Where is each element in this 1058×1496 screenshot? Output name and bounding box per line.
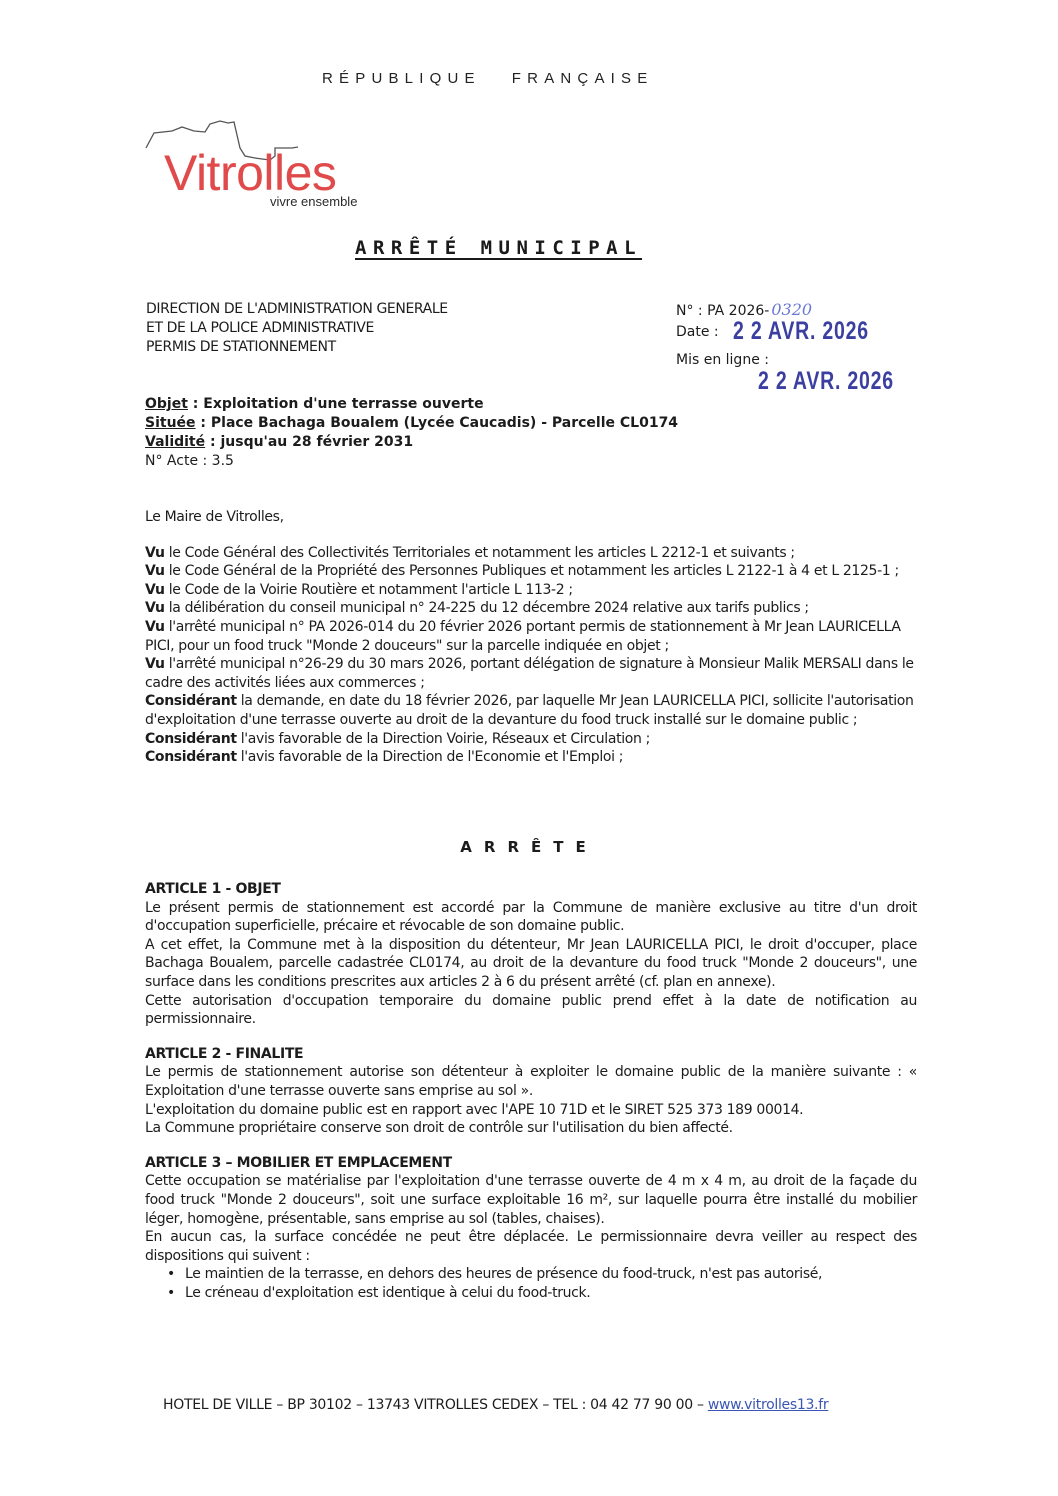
republique-francaise-header: RÉPUBLIQUE FRANÇAISE bbox=[322, 70, 653, 87]
articles: ARTICLE 1 - OBJETLe présent permis de st… bbox=[145, 880, 917, 1318]
date-stamp-value: 2 2 AVR. 2026 bbox=[733, 317, 869, 346]
direction-block: DIRECTION DE L'ADMINISTRATION GENERALE E… bbox=[146, 300, 448, 357]
validite-value: : jusqu'au 28 février 2031 bbox=[205, 434, 413, 450]
validite-label: Validité bbox=[145, 434, 205, 450]
preamble-item: Considérant l'avis favorable de la Direc… bbox=[145, 730, 917, 749]
article-paragraph: En aucun cas, la surface concédée ne peu… bbox=[145, 1228, 917, 1265]
situee-value: : Place Bachaga Boualem (Lycée Caucadis)… bbox=[196, 415, 679, 431]
article-1: ARTICLE 1 - OBJETLe présent permis de st… bbox=[145, 880, 917, 1029]
situee-label: Située bbox=[145, 415, 196, 431]
preamble-text: l'avis favorable de la Direction de l'Ec… bbox=[237, 749, 623, 765]
subject-validite: Validité : jusqu'au 28 février 2031 bbox=[145, 433, 678, 452]
objet-label: Objet bbox=[145, 396, 188, 412]
article-bullet-list: Le maintien de la terrasse, en dehors de… bbox=[145, 1265, 917, 1302]
preamble-text: la délibération du conseil municipal n° … bbox=[165, 600, 809, 616]
preamble-lead: Considérant bbox=[145, 731, 237, 747]
preamble-text: le Code Général des Collectivités Territ… bbox=[165, 545, 795, 561]
online-label: Mis en ligne : bbox=[676, 352, 769, 368]
article-2: ARTICLE 2 - FINALITELe permis de station… bbox=[145, 1045, 917, 1138]
direction-line: DIRECTION DE L'ADMINISTRATION GENERALE bbox=[146, 300, 448, 319]
article-bullet: Le créneau d'exploitation est identique … bbox=[167, 1284, 917, 1303]
preamble-lead: Considérant bbox=[145, 693, 237, 709]
page-title: ARRÊTÉ MUNICIPAL bbox=[355, 237, 642, 259]
preamble-text: l'arrêté municipal n° PA 2026-014 du 20 … bbox=[145, 619, 901, 654]
preamble-item: Vu le Code de la Voirie Routière et nota… bbox=[145, 581, 917, 600]
article-title: ARTICLE 2 - FINALITE bbox=[145, 1045, 917, 1064]
article-paragraph: La Commune propriétaire conserve son dro… bbox=[145, 1119, 917, 1138]
article-bullet: Le maintien de la terrasse, en dehors de… bbox=[167, 1265, 917, 1284]
preamble-text: le Code de la Voirie Routière et notamme… bbox=[165, 582, 573, 598]
article-paragraph: L'exploitation du domaine public est en … bbox=[145, 1101, 917, 1120]
logo-tagline: vivre ensemble bbox=[270, 195, 357, 208]
footer: HOTEL DE VILLE – BP 30102 – 13743 VITROL… bbox=[163, 1397, 828, 1413]
preamble-lead: Vu bbox=[145, 600, 165, 616]
article-paragraph: A cet effet, la Commune met à la disposi… bbox=[145, 936, 917, 992]
preamble-lead: Vu bbox=[145, 656, 165, 672]
article-paragraph: Cette autorisation d'occupation temporai… bbox=[145, 992, 917, 1029]
preamble-text: le Code Général de la Propriété des Pers… bbox=[165, 563, 899, 579]
preamble-item: Considérant la demande, en date du 18 fé… bbox=[145, 692, 917, 729]
date-stamp: 2 2 AVR. 2026 bbox=[733, 317, 907, 346]
preamble-item: Vu l'arrêté municipal n°26-29 du 30 mars… bbox=[145, 655, 917, 692]
vitrolles-logo: Vitrolles vivre ensemble bbox=[142, 118, 402, 218]
preamble-item: Considérant l'avis favorable de la Direc… bbox=[145, 748, 917, 767]
article-paragraph: Cette occupation se matérialise par l'ex… bbox=[145, 1172, 917, 1228]
preamble-item: Vu le Code Général des Collectivités Ter… bbox=[145, 544, 917, 563]
objet-value: : Exploitation d'une terrasse ouverte bbox=[188, 396, 484, 412]
online-stamp: 2 2 AVR. 2026 bbox=[758, 367, 932, 396]
preamble-lead: Considérant bbox=[145, 749, 237, 765]
subject-acte: N° Acte : 3.5 bbox=[145, 452, 678, 471]
preamble-lead: Vu bbox=[145, 545, 165, 561]
preamble-text: l'avis favorable de la Direction Voirie,… bbox=[237, 731, 650, 747]
preamble-item: Vu la délibération du conseil municipal … bbox=[145, 599, 917, 618]
direction-line: PERMIS DE STATIONNEMENT bbox=[146, 338, 448, 357]
decision-heading: ARRÊTE bbox=[0, 838, 1058, 856]
date-label: Date : bbox=[676, 322, 719, 343]
salutation: Le Maire de Vitrolles, bbox=[145, 508, 917, 527]
online-stamp-value: 2 2 AVR. 2026 bbox=[758, 367, 894, 396]
preamble-lead: Vu bbox=[145, 619, 165, 635]
footer-address: HOTEL DE VILLE – BP 30102 – 13743 VITROL… bbox=[163, 1397, 708, 1413]
preamble-item: Vu le Code Général de la Propriété des P… bbox=[145, 562, 917, 581]
preamble-text: l'arrêté municipal n°26-29 du 30 mars 20… bbox=[145, 656, 914, 691]
preamble: Le Maire de Vitrolles, Vu le Code Généra… bbox=[145, 508, 917, 767]
subject-situee: Située : Place Bachaga Boualem (Lycée Ca… bbox=[145, 414, 678, 433]
article-title: ARTICLE 3 – MOBILIER ET EMPLACEMENT bbox=[145, 1154, 917, 1173]
article-title: ARTICLE 1 - OBJET bbox=[145, 880, 917, 899]
direction-line: ET DE LA POLICE ADMINISTRATIVE bbox=[146, 319, 448, 338]
preamble-text: la demande, en date du 18 février 2026, … bbox=[145, 693, 914, 728]
preamble-list: Vu le Code Général des Collectivités Ter… bbox=[145, 544, 917, 767]
subject-objet: Objet : Exploitation d'une terrasse ouve… bbox=[145, 395, 678, 414]
article-paragraph: Le présent permis de stationnement est a… bbox=[145, 899, 917, 936]
article-3: ARTICLE 3 – MOBILIER ET EMPLACEMENTCette… bbox=[145, 1154, 917, 1303]
preamble-lead: Vu bbox=[145, 582, 165, 598]
preamble-item: Vu l'arrêté municipal n° PA 2026-014 du … bbox=[145, 618, 917, 655]
preamble-lead: Vu bbox=[145, 563, 165, 579]
logo-wordmark: Vitrolles bbox=[164, 148, 336, 198]
website-link[interactable]: www.vitrolles13.fr bbox=[708, 1397, 828, 1413]
subject-block: Objet : Exploitation d'une terrasse ouve… bbox=[145, 395, 678, 471]
article-paragraph: Le permis de stationnement autorise son … bbox=[145, 1063, 917, 1100]
